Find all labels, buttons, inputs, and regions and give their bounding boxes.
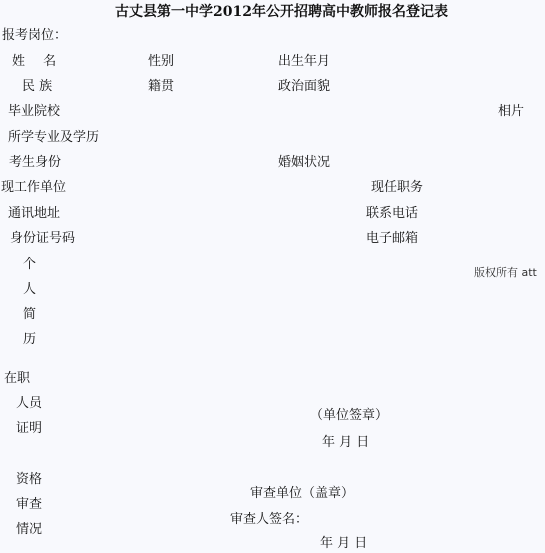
ethnicity-label: 民 族 bbox=[22, 79, 52, 95]
graduated-school-label: 毕业院校 bbox=[8, 104, 60, 120]
birth-label: 出生年月 bbox=[278, 54, 330, 70]
form-title: 古丈县第一中学2012年公开招聘高中教师报名登记表 bbox=[0, 3, 545, 21]
unit-stamp-label: （单位签章） bbox=[310, 408, 388, 424]
position-label: 报考岗位： bbox=[2, 28, 67, 44]
review-unit-label: 审查单位（盖章） bbox=[250, 486, 354, 502]
current-position-label: 现任职务 bbox=[371, 180, 423, 196]
resume-label-char-2: 人 bbox=[23, 282, 36, 298]
native-place-label: 籍贯 bbox=[148, 79, 174, 95]
id-number-label: 身份证号码 bbox=[10, 231, 75, 247]
employment-proof-label-line-3: 证明 bbox=[16, 421, 42, 437]
current-workplace-label: 现工作单位 bbox=[1, 180, 66, 196]
major-education-label: 所学专业及学历 bbox=[8, 130, 99, 146]
gender-label: 性别 bbox=[148, 54, 174, 70]
employment-proof-date: 年 月 日 bbox=[322, 435, 369, 451]
email-label: 电子邮箱 bbox=[366, 231, 418, 247]
qualification-review-date: 年 月 日 bbox=[320, 536, 367, 552]
resume-label-char-3: 简 bbox=[23, 307, 36, 323]
name-label: 姓 名 bbox=[12, 54, 56, 70]
employment-proof-label-line-1: 在职 bbox=[4, 371, 30, 387]
photo-label: 相片 bbox=[498, 104, 524, 120]
qualification-review-label-line-1: 资格 bbox=[16, 472, 42, 488]
phone-label: 联系电话 bbox=[366, 206, 418, 222]
address-label: 通讯地址 bbox=[8, 206, 60, 222]
reviewer-signature-label: 审查人签名： bbox=[230, 512, 308, 528]
resume-label-char-4: 历 bbox=[23, 332, 36, 348]
employment-proof-label-line-2: 人员 bbox=[16, 396, 42, 412]
marital-status-label: 婚姻状况 bbox=[278, 155, 330, 171]
resume-label-char-1: 个 bbox=[23, 257, 36, 273]
political-status-label: 政治面貌 bbox=[278, 79, 330, 95]
qualification-review-label-line-2: 审查 bbox=[16, 497, 42, 513]
copyright-watermark: 版权所有 att bbox=[474, 265, 537, 281]
qualification-review-label-line-3: 情况 bbox=[16, 522, 42, 538]
candidate-identity-label: 考生身份 bbox=[9, 155, 61, 171]
